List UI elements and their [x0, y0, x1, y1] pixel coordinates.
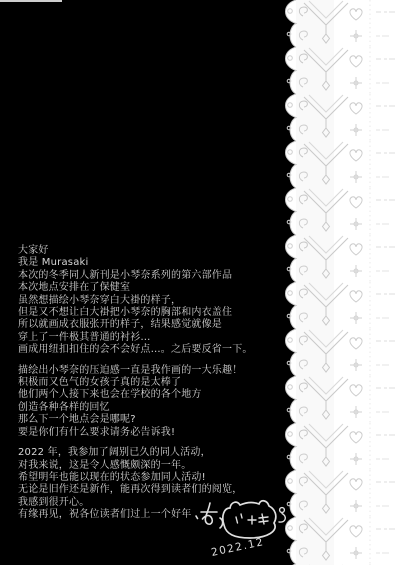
afterword-line: 大家好 — [18, 245, 276, 257]
cat-face-marks — [236, 514, 268, 524]
afterword-line: 穿上了一件极其普通的衬衫… — [18, 332, 276, 344]
afterword-text-block: 大家好 我是 Murasaki 本次的冬季同人新刊是小琴奈系列的第六部作品 本次… — [18, 245, 276, 530]
afterword-line: 那么下一个地点会是哪呢? — [18, 414, 276, 426]
afterword-line: 创造各种各样的回忆 — [18, 402, 276, 414]
afterword-line: 2022 年，我参加了阔别已久的同人活动， — [18, 447, 276, 459]
lace-fabric — [278, 0, 400, 565]
afterword-line: 我是 Murasaki — [18, 257, 276, 269]
afterword-line: 希望明年也能以现在的状态参加同人活动! — [18, 472, 276, 484]
afterword-line: 对我来说，这是令人感慨颇深的一年。 — [18, 460, 276, 472]
afterword-paragraph-2: 描绘出小琴奈的压迫感一直是我作画的一大乐趣！ 积极而又色气的女孩子真的是太棒了 … — [18, 365, 276, 439]
afterword-line: 画成用纽扣扣住的会不会好点…。之后要反省一下。 — [18, 344, 276, 356]
afterword-line: 所以就画成衣服张开的样子，结果感觉就像是 — [18, 319, 276, 331]
cat-face-doodle — [223, 501, 286, 538]
afterword-line: 本次的冬季同人新刊是小琴奈系列的第六部作品 — [18, 270, 276, 282]
afterword-line: 但是又不想让白大褂把小琴奈的胸部和内衣盖住 — [18, 307, 276, 319]
scan-edge-artifact — [0, 0, 62, 2]
afterword-line: 虽然想描绘小琴奈穿白大褂的样子， — [18, 295, 276, 307]
afterword-paragraph-1: 大家好 我是 Murasaki 本次的冬季同人新刊是小琴奈系列的第六部作品 本次… — [18, 245, 276, 357]
afterword-line: 他们两个人接下来也会在学校的各个地方 — [18, 389, 276, 401]
artist-mark-glyph — [196, 503, 223, 528]
afterword-line: 要是你们有什么要求请务必告诉我! — [18, 427, 276, 439]
doujin-afterword-page: 大家好 我是 Murasaki 本次的冬季同人新刊是小琴奈系列的第六部作品 本次… — [0, 0, 400, 565]
afterword-line: 积极而又色气的女孩子真的是太棒了 — [18, 377, 276, 389]
signature-date: 2022.12 — [210, 536, 265, 559]
afterword-line: 本次地点安排在了保健室 — [18, 282, 276, 294]
lace-border — [278, 0, 400, 565]
afterword-line: 描绘出小琴奈的压迫感一直是我作画的一大乐趣！ — [18, 365, 276, 377]
